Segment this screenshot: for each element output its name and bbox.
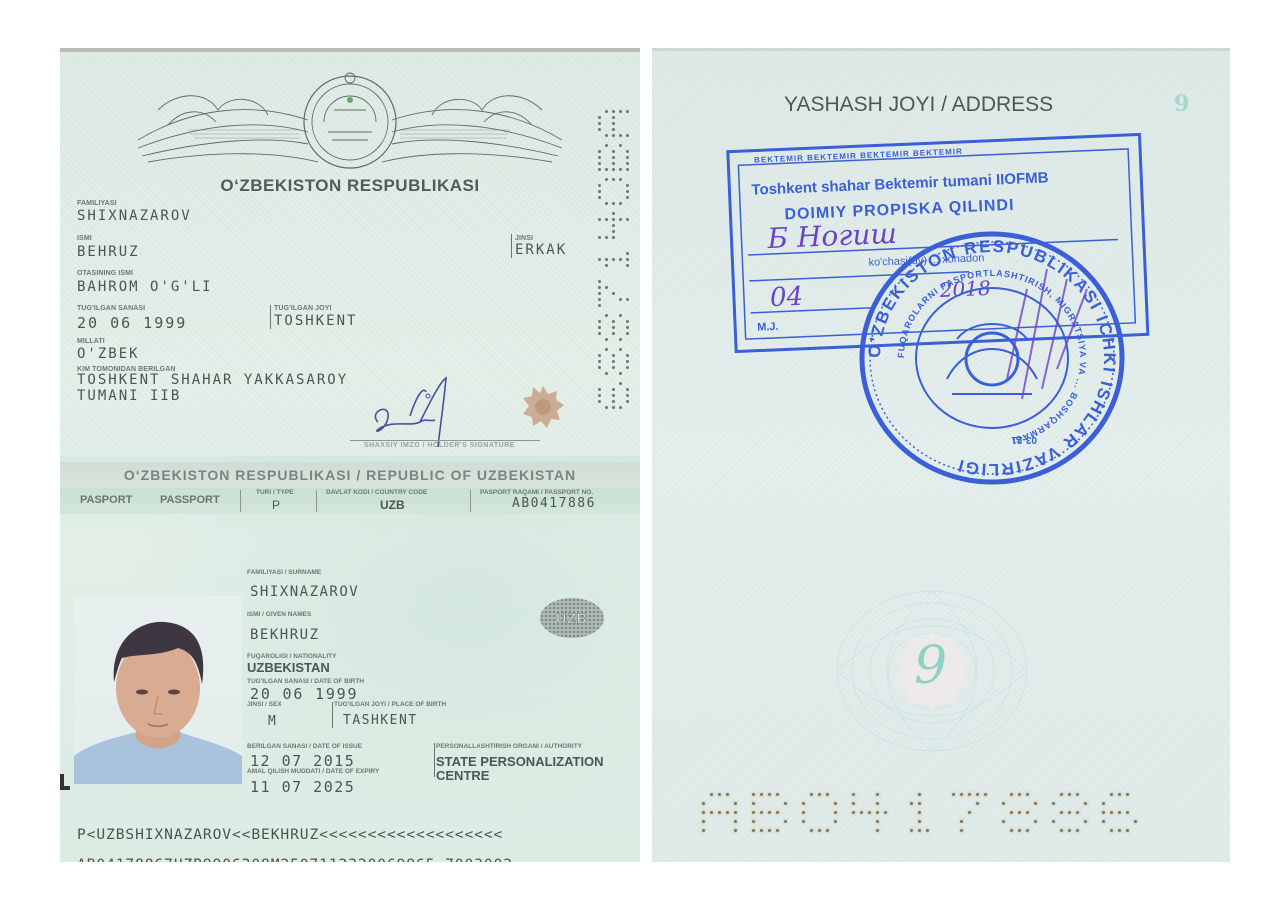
passport-no-value: AB0417886 [512, 496, 596, 511]
svg-text:03-21: 03-21 [1011, 434, 1037, 445]
birth-place-value: TOSHKENT [274, 313, 357, 329]
passport-data-page: O‘ZBEKISTON RESPUBLIKASI FAMILIYASI SHIX… [60, 48, 640, 862]
given-names-value: BEKHRUZ [250, 627, 320, 643]
page-number-top: 9 [1174, 91, 1189, 117]
portrait-icon [74, 596, 242, 784]
surname-value: SHIXNAZAROV [77, 208, 192, 224]
given-names-label: ISMI / GIVEN NAMES [247, 611, 311, 618]
birth-date-label: TUG'ILGAN SANASI [77, 305, 145, 312]
surname-label-en: FAMILIYASI / SURNAME [247, 569, 321, 576]
sex-label-en: JINSI / SEX [247, 701, 282, 708]
country-title: O‘ZBEKISTON RESPUBLIKASI [60, 176, 640, 196]
pob-value: TASHKENT [343, 713, 418, 728]
expiry-date-value: 11 07 2025 [250, 778, 355, 796]
sex-value: ERKAK [515, 242, 567, 258]
issued-by-value-line2: TUMANI IIB [77, 388, 181, 404]
official-round-seal-icon: O'ZBEKISTON RESPUBLIKASI ICHKI ISHLAR VA… [857, 229, 1127, 487]
authority-value-line2: CENTRE [436, 768, 489, 783]
name-value: BEHRUZ [77, 244, 140, 260]
birth-date-value: 20 06 1999 [77, 314, 187, 332]
sex-value-en: M [268, 714, 277, 729]
svg-text:04: 04 [769, 282, 803, 313]
signature-line [350, 440, 540, 441]
issued-by-value-line1: TOSHKENT SHAHAR YAKKASAROY [77, 372, 348, 388]
margin-mark [60, 774, 70, 790]
nationality-label: FUQAROLIGI / NATIONALITY [247, 653, 336, 660]
ethnicity-value: O'ZBEK [77, 346, 140, 362]
country-divider [316, 490, 317, 512]
type-label: TURI / TYPE [256, 489, 294, 496]
pob-divider [332, 702, 333, 728]
svg-text:FUQAROLARNI PASPORTLASHTIRISH,: FUQAROLARNI PASPORTLASHTIRISH, MIGRATSIY… [896, 268, 1088, 446]
authority-label: PERSONALLASHTIRISH ORGANI / AUTHORITY [436, 743, 582, 750]
svg-text:M.J.: M.J. [757, 321, 779, 334]
passport-address-page: YASHASH JOYI / ADDRESS 9 BEKTEMIR BEKTEM… [652, 48, 1230, 862]
passport-no-label: PASPORT RAQAMI / PASSPORT No. [480, 489, 593, 496]
hologram-seal-icon [520, 384, 566, 430]
authority-value-line1: STATE PERSONALIZATION [436, 754, 604, 769]
surname-label: FAMILIYASI [77, 200, 117, 207]
perforated-serial-number [598, 110, 634, 420]
patronymic-label: OTASINING ISMI [77, 270, 133, 277]
type-value: P [272, 498, 280, 512]
name-label: ISMI [77, 235, 92, 242]
laminated-data-page: O‘ZBEKISTON RESPUBLIKASI / REPUBLIC OF U… [60, 456, 640, 862]
uzb-optical-mark: UZB [540, 598, 604, 638]
doc-label-en: PASSPORT [160, 494, 220, 506]
sex-label: JINSI [515, 235, 533, 242]
state-emblem-ornament-icon [128, 70, 572, 170]
perforated-serial-number [702, 793, 1152, 843]
country-code-value: UZB [380, 498, 405, 512]
svg-text:Toshkent shahar Bektemir tuman: Toshkent shahar Bektemir tumani IIOFMB [751, 169, 1049, 198]
doc-label-uz: PASPORT [80, 494, 132, 506]
patronymic-value: BAHROM O'G'LI [77, 279, 213, 295]
authority-divider [434, 743, 435, 777]
holder-photo [74, 596, 242, 784]
ethnicity-label: MILLATI [77, 338, 105, 345]
address-page-title: YASHASH JOYI / ADDRESS [784, 93, 1053, 117]
dob-label: TUG'ILGAN SANASI / DATE OF BIRTH [247, 678, 364, 685]
expiry-date-label: AMAL QILISH MUDDATI / DATE OF EXPIRY [247, 768, 379, 775]
sex-divider [511, 234, 512, 258]
passport-no-divider [470, 490, 471, 512]
pob-label: TUG'ILGAN JOYI / PLACE OF BIRTH [334, 701, 446, 708]
type-divider [240, 490, 241, 512]
nationality-value: UZBEKISTAN [247, 660, 330, 675]
issue-date-label: BERILGAN SANASI / DATE OF ISSUE [247, 743, 362, 750]
signature-caption: SHAXSIY IMZO / HOLDER'S SIGNATURE [364, 442, 515, 449]
data-page-header: O‘ZBEKISTON RESPUBLIKASI / REPUBLIC OF U… [60, 462, 640, 488]
birth-place-divider [270, 305, 271, 329]
surname-value-en: SHIXNAZAROV [250, 584, 359, 600]
country-code-label: DAVLAT KODI / COUNTRY CODE [326, 489, 427, 496]
birth-place-label: TUG'ILGAN JOYI [274, 305, 332, 312]
mrz-line-1: P<UZBSHIXNAZAROV<<BEKHRUZ<<<<<<<<<<<<<<<… [77, 826, 503, 843]
mrz-line-2: AB04178867UZB9906208M2507112320069965 70… [77, 856, 513, 862]
page-number-watermark: 9 [914, 636, 947, 696]
